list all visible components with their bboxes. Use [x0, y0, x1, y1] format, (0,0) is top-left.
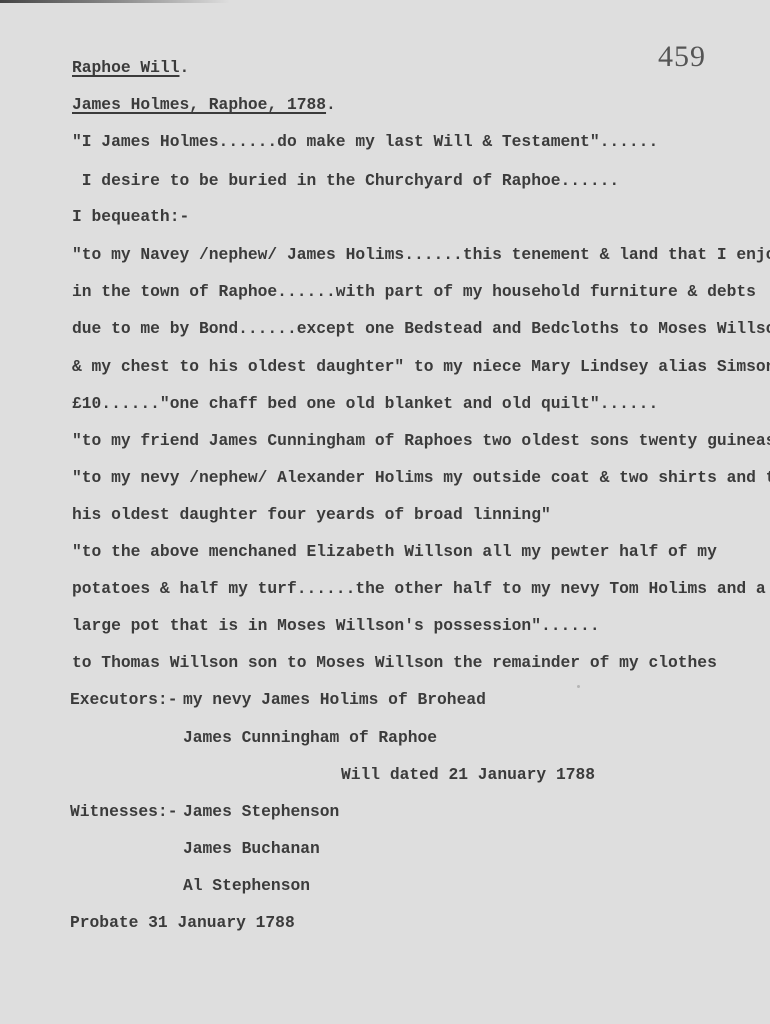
- will-dated: Will dated 21 January 1788: [341, 765, 595, 785]
- document-subtitle-text: James Holmes, Raphoe, 1788: [72, 95, 326, 114]
- body-line-8: £10......"one chaff bed one old blanket …: [72, 394, 658, 414]
- body-line-2: I desire to be buried in the Churchyard …: [72, 171, 619, 191]
- page-number: 459: [658, 40, 706, 74]
- body-line-1: "I James Holmes......do make my last Wil…: [72, 132, 658, 152]
- body-line-7: & my chest to his oldest daughter" to my…: [72, 357, 770, 377]
- body-line-13: potatoes & half my turf......the other h…: [72, 579, 766, 599]
- document-subtitle: James Holmes, Raphoe, 1788.: [72, 95, 336, 115]
- body-line-14: large pot that is in Moses Willson's pos…: [72, 616, 600, 636]
- scan-edge-shadow: [0, 0, 230, 3]
- document-title: Raphoe Will.: [72, 58, 189, 78]
- body-line-9: "to my friend James Cunningham of Raphoe…: [72, 431, 770, 451]
- executor-2: James Cunningham of Raphoe: [183, 728, 437, 748]
- witness-1: James Stephenson: [183, 802, 339, 822]
- probate-date: Probate 31 January 1788: [70, 913, 295, 933]
- body-line-10: "to my nevy /nephew/ Alexander Holims my…: [72, 468, 770, 488]
- witnesses-label: Witnesses:-: [70, 802, 177, 822]
- witness-2: James Buchanan: [183, 839, 320, 859]
- document-title-text: Raphoe Will: [72, 58, 179, 77]
- executor-1: my nevy James Holims of Brohead: [183, 690, 486, 710]
- body-line-11: his oldest daughter four yeards of broad…: [72, 505, 551, 525]
- body-line-6: due to me by Bond......except one Bedste…: [72, 319, 770, 339]
- executors-label: Executors:-: [70, 690, 177, 710]
- body-line-3: I bequeath:-: [72, 207, 189, 227]
- body-line-12: "to the above menchaned Elizabeth Willso…: [72, 542, 717, 562]
- scan-speck: [577, 685, 580, 688]
- body-line-4: "to my Navey /nephew/ James Holims......…: [72, 245, 770, 265]
- witness-3: Al Stephenson: [183, 876, 310, 896]
- body-line-15: to Thomas Willson son to Moses Willson t…: [72, 653, 717, 673]
- body-line-5: in the town of Raphoe......with part of …: [72, 282, 756, 302]
